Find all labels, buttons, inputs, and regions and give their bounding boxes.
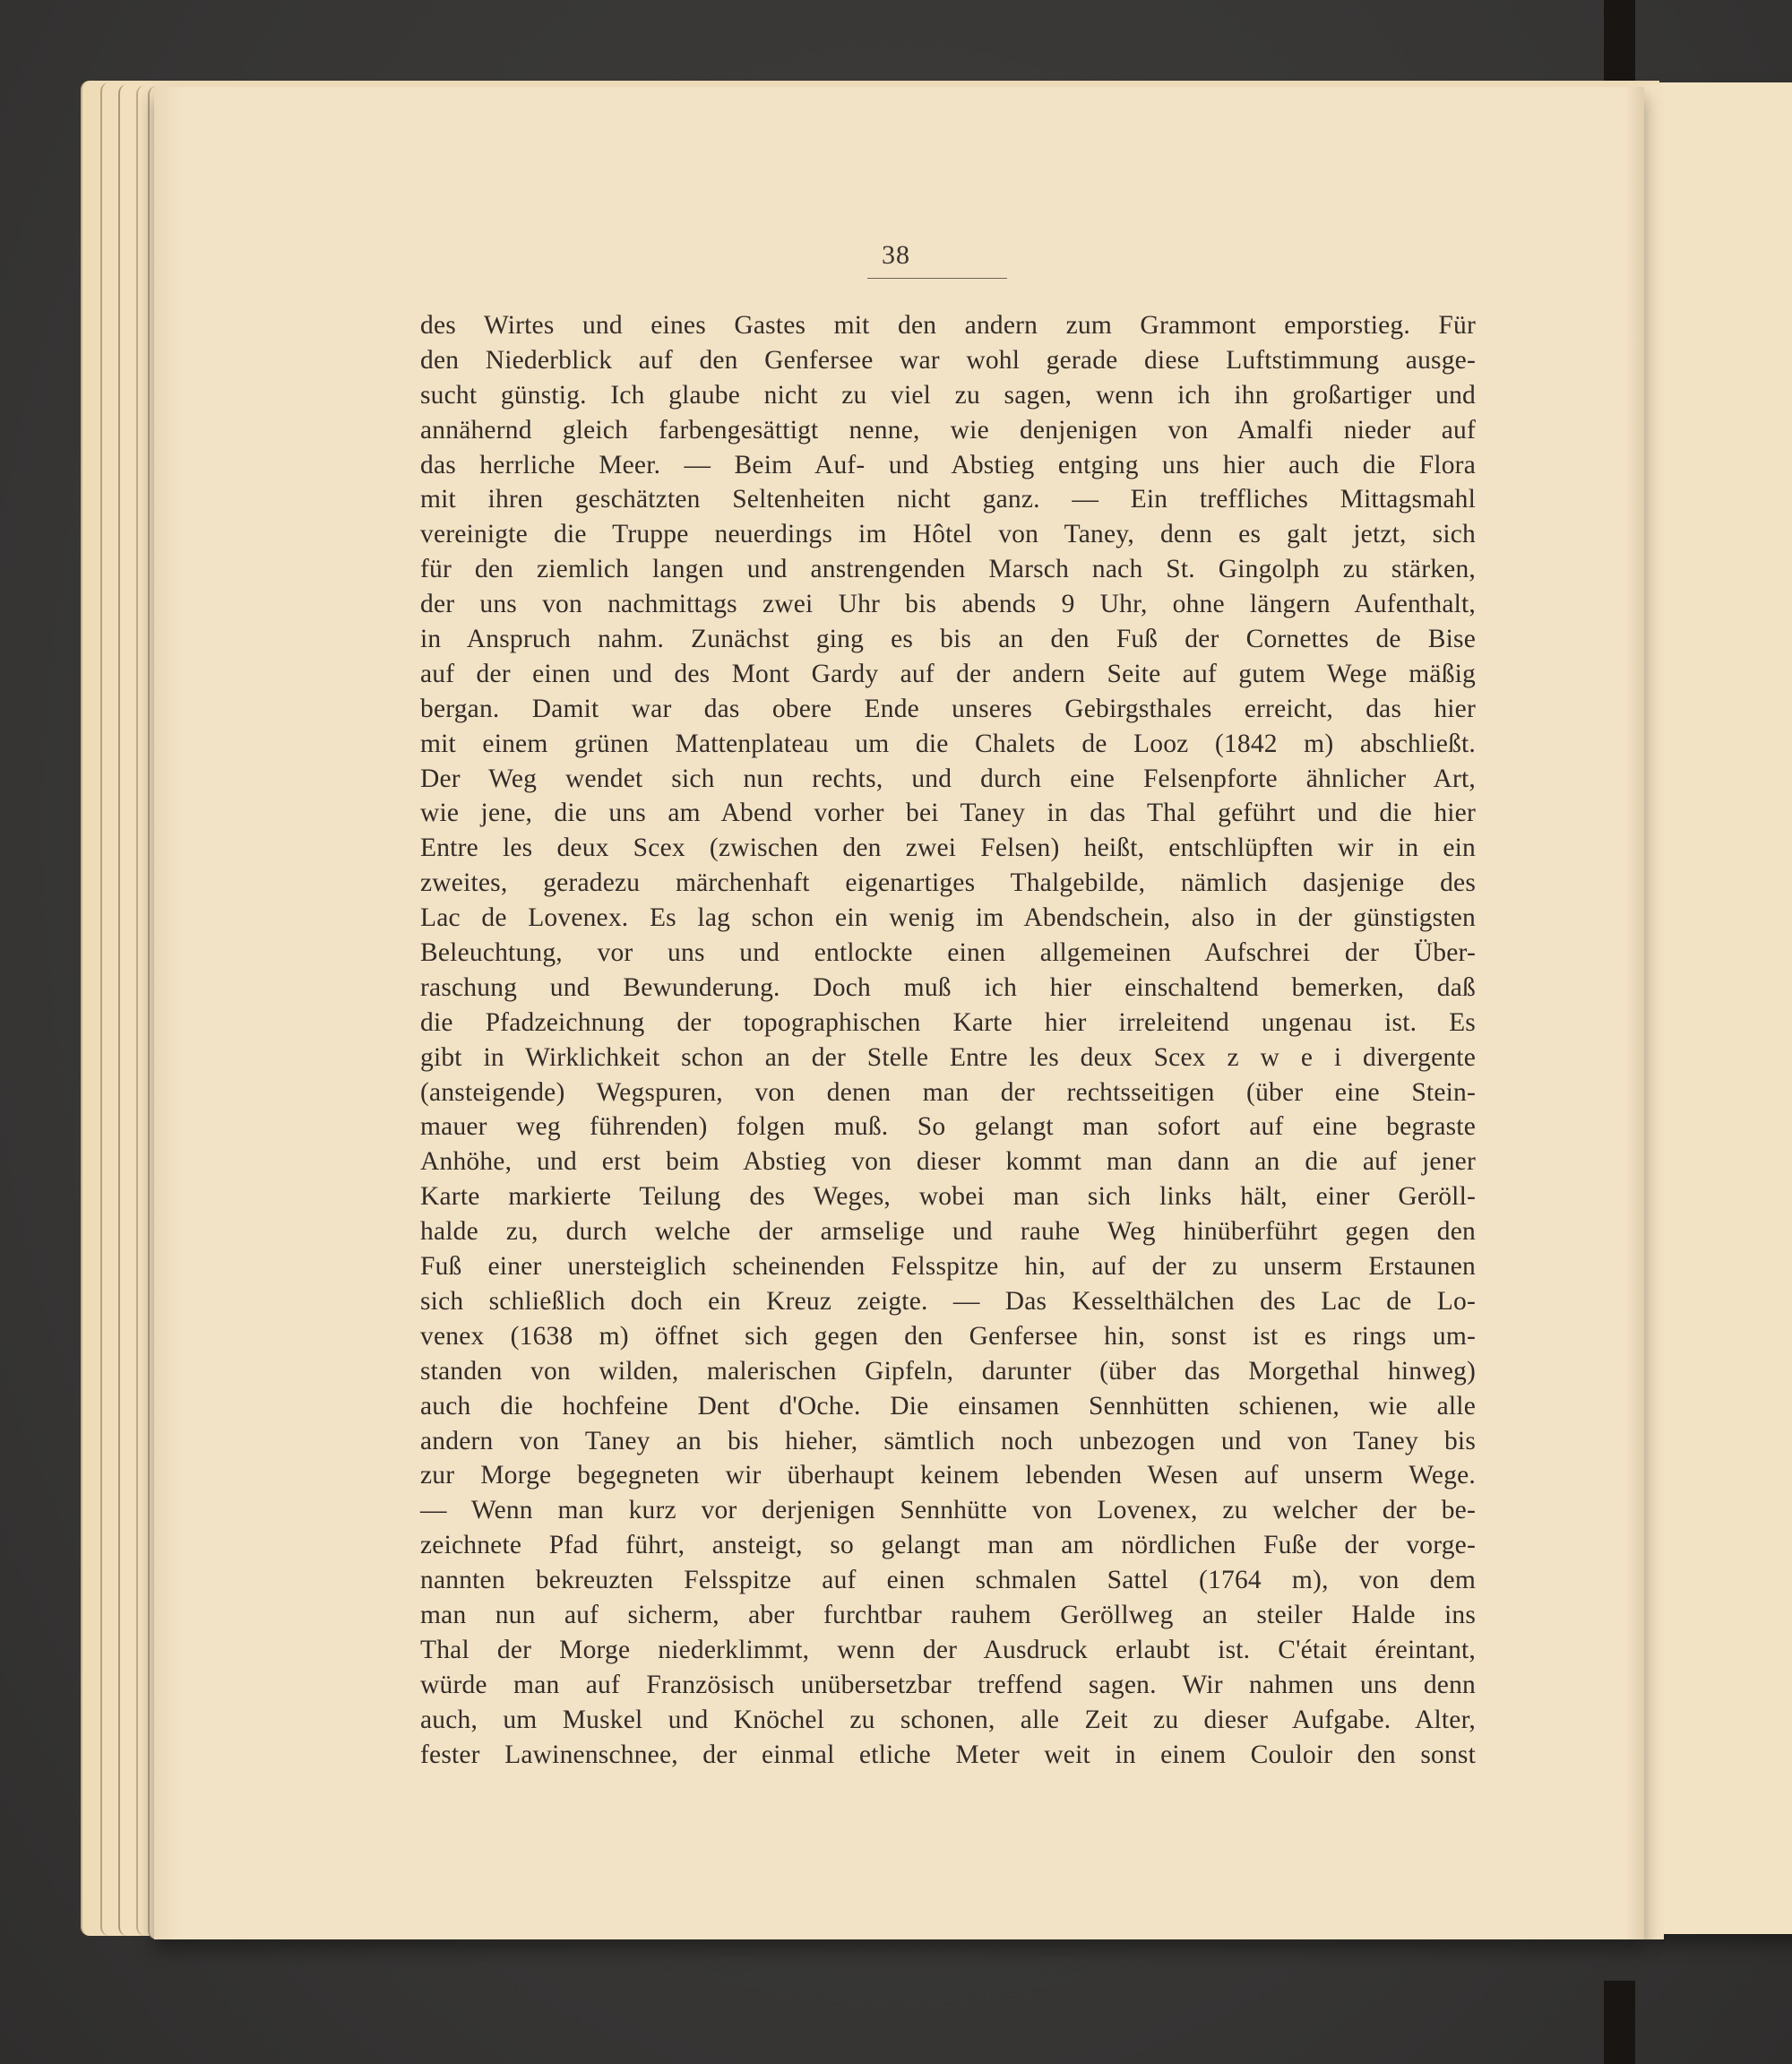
text-line: zeichnete Pfad führt, ansteigt, so gelan… xyxy=(420,1528,1476,1563)
text-line: zweites, geradezu märchenhaft eigenartig… xyxy=(420,866,1476,901)
page-number-rule xyxy=(867,278,1007,279)
text-line: gibt in Wirklichkeit schon an der Stelle… xyxy=(420,1041,1476,1075)
text-line: venex (1638 m) öffnet sich gegen den Gen… xyxy=(420,1319,1476,1354)
text-line: auch, um Muskel und Knöchel zu schonen, … xyxy=(420,1703,1476,1738)
text-line: in Anspruch nahm. Zunächst ging es bis a… xyxy=(420,622,1476,657)
text-line: man nun auf sicherm, aber furchtbar rauh… xyxy=(420,1598,1476,1633)
text-line: mit einem grünen Mattenplateau um die Ch… xyxy=(420,727,1476,762)
text-line: Entre les deux Scex (zwischen den zwei F… xyxy=(420,831,1476,866)
text-line: sucht günstig. Ich glaube nicht zu viel … xyxy=(420,378,1476,413)
text-line: Fuß einer unersteiglich scheinenden Fels… xyxy=(420,1249,1476,1284)
text-line: den Niederblick auf den Genfersee war wo… xyxy=(420,343,1476,378)
text-line: annähernd gleich farbengesättigt nenne, … xyxy=(420,413,1476,448)
text-line: wie jene, die uns am Abend vorher bei Ta… xyxy=(420,796,1476,831)
text-line: nannten bekreuzten Felsspitze auf einen … xyxy=(420,1563,1476,1598)
text-line: standen von wilden, malerischen Gipfeln,… xyxy=(420,1354,1476,1389)
text-line: des Wirtes und eines Gastes mit den ande… xyxy=(420,308,1476,343)
text-line: vereinigte die Truppe neuerdings im Hôte… xyxy=(420,517,1476,552)
text-line: Der Weg wendet sich nun rechts, und durc… xyxy=(420,762,1476,797)
text-line: zur Morge begegneten wir überhaupt keine… xyxy=(420,1458,1476,1493)
text-line: Karte markierte Teilung des Weges, wobei… xyxy=(420,1179,1476,1214)
text-line: das herrliche Meer. — Beim Auf- und Abst… xyxy=(420,448,1476,483)
text-line: der uns von nachmittags zwei Uhr bis abe… xyxy=(420,587,1476,622)
text-line: halde zu, durch welche der armselige und… xyxy=(420,1214,1476,1249)
text-line: mauer weg führenden) folgen muß. So gela… xyxy=(420,1110,1476,1144)
text-line: auch die hochfeine Dent d'Oche. Die eins… xyxy=(420,1389,1476,1424)
body-text: des Wirtes und eines Gastes mit den ande… xyxy=(420,308,1476,1772)
text-line: bergan. Damit war das obere Ende unseres… xyxy=(420,692,1476,727)
text-line: (ansteigende) Wegspuren, von denen man d… xyxy=(420,1075,1476,1110)
text-line: Thal der Morge niederklimmt, wenn der Au… xyxy=(420,1633,1476,1668)
text-line: für den ziemlich langen und anstrengende… xyxy=(420,552,1476,587)
text-line: — Wenn man kurz vor derjenigen Sennhütte… xyxy=(420,1493,1476,1528)
gutter-shadow-bottom xyxy=(1604,1981,1635,2064)
text-line: auf der einen und des Mont Gardy auf der… xyxy=(420,657,1476,692)
facing-page-edge xyxy=(1644,82,1792,1934)
text-line: fester Lawinenschnee, der einmal etliche… xyxy=(420,1738,1476,1773)
text-line: Lac de Lovenex. Es lag schon ein wenig i… xyxy=(420,901,1476,936)
text-line: Anhöhe, und erst beim Abstieg von dieser… xyxy=(420,1144,1476,1179)
text-line: würde man auf Französisch unübersetzbar … xyxy=(420,1668,1476,1703)
text-line: mit ihren geschätzten Seltenheiten nicht… xyxy=(420,482,1476,517)
page-number: 38 xyxy=(0,240,1792,271)
text-line: Beleuchtung, vor uns und entlockte einen… xyxy=(420,936,1476,971)
text-line: sich schließlich doch ein Kreuz zeigte. … xyxy=(420,1284,1476,1319)
text-line: andern von Taney an bis hieher, sämtlich… xyxy=(420,1424,1476,1459)
text-line: die Pfadzeichnung der topographischen Ka… xyxy=(420,1006,1476,1041)
gutter-shadow-top xyxy=(1604,0,1635,85)
text-line: raschung und Bewunderung. Doch muß ich h… xyxy=(420,971,1476,1006)
